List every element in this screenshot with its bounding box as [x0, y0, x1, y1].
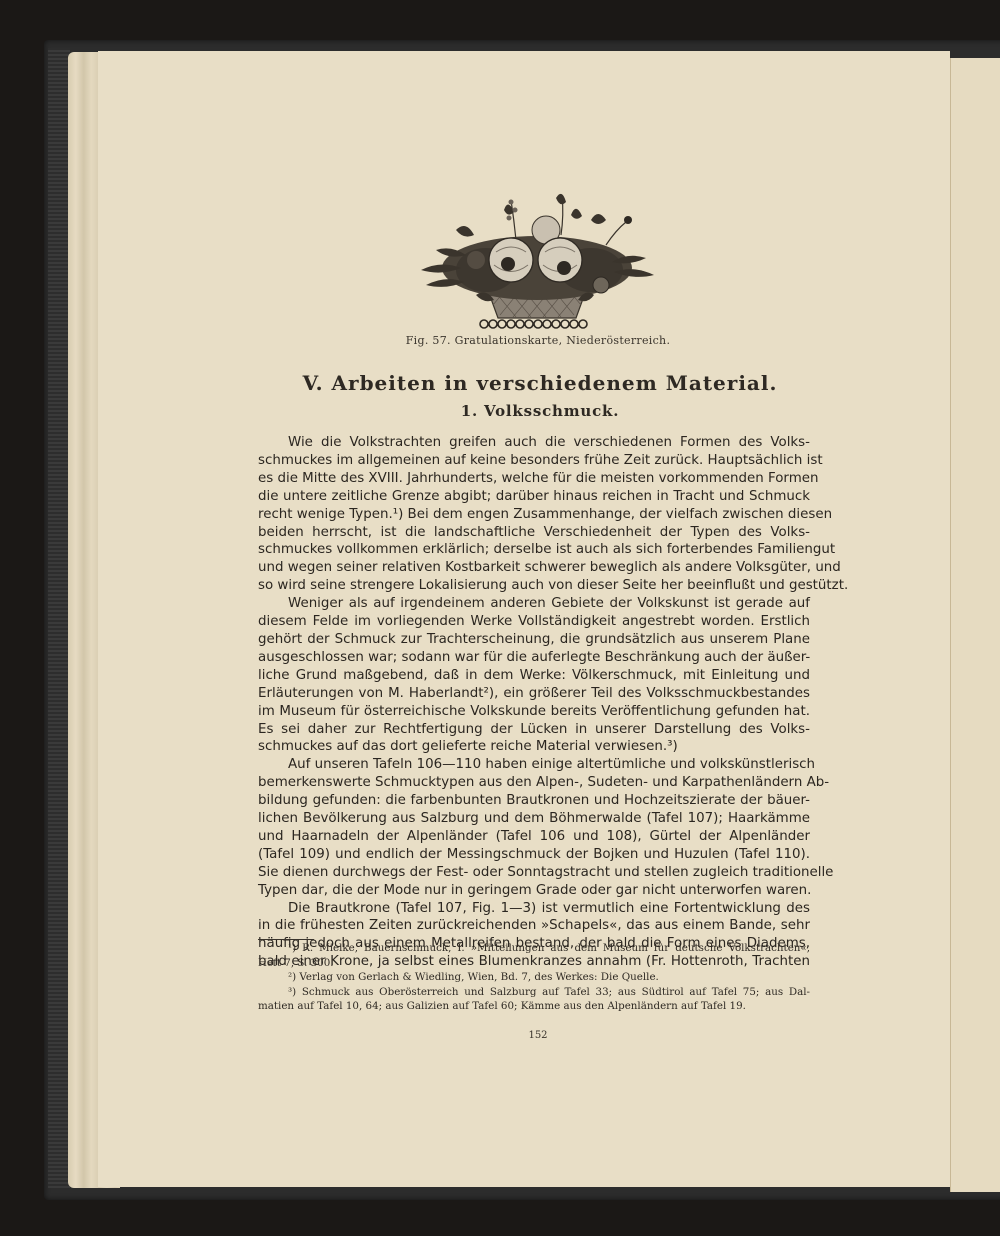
text-line: so wird seine strengere Lokalisierung au…: [258, 577, 810, 595]
text-line: lichen Bevölkerung aus Salzburg und dem …: [258, 810, 810, 828]
facing-page-edge: [950, 58, 1000, 1192]
text-line: Erläuterungen von M. Haberlandt²), ein g…: [258, 685, 810, 703]
footnote-line: Heft 7, S. 300.: [258, 956, 810, 971]
text-line: ausgeschlossen war; sodann war für die a…: [258, 649, 810, 667]
text-line: beiden herrscht, ist die landschaftliche…: [258, 524, 810, 542]
text-line: bemerkenswerte Schmucktypen aus den Alpe…: [258, 774, 810, 792]
text-line: und wegen seiner relativen Kostbarkeit s…: [258, 559, 810, 577]
footnote-line: ¹) R. Mielke, Bauernschmuck, I. »Mitteil…: [258, 941, 810, 956]
text-line: Sie dienen durchwegs der Fest- oder Sonn…: [258, 864, 810, 882]
flower-basket-illustration: [416, 190, 658, 335]
text-line: Die Brautkrone (Tafel 107, Fig. 1—3) ist…: [258, 900, 810, 918]
text-line: in die frühesten Zeiten zurückreichenden…: [258, 917, 810, 935]
text-line: und Haarnadeln der Alpenländer (Tafel 10…: [258, 828, 810, 846]
book-spine-edge: [48, 48, 70, 1188]
text-line: recht wenige Typen.¹) Bei dem engen Zusa…: [258, 506, 810, 524]
figure-caption: Fig. 57. Gratulationskarte, Niederösterr…: [0, 334, 1000, 347]
text-line: es die Mitte des XVIII. Jahrhunderts, we…: [258, 470, 810, 488]
text-line: die untere zeitliche Grenze abgibt; darü…: [258, 488, 810, 506]
text-line: diesem Felde im vorliegenden Werke Volls…: [258, 613, 810, 631]
text-line: Weniger als auf irgendeinem anderen Gebi…: [258, 595, 810, 613]
text-line: schmuckes im allgemeinen auf keine beson…: [258, 452, 810, 470]
footnotes: ¹) R. Mielke, Bauernschmuck, I. »Mitteil…: [258, 941, 810, 1014]
body-text: Wie die Volkstrachten greifen auch die v…: [258, 434, 810, 971]
text-line: schmuckes auf das dort gelieferte reiche…: [258, 738, 810, 756]
section-title: 1. Volksschmuck.: [0, 402, 1000, 420]
footnote-line: ³) Schmuck aus Oberösterreich und Salzbu…: [258, 985, 810, 1000]
text-line: Wie die Volkstrachten greifen auch die v…: [258, 434, 810, 452]
text-line: (Tafel 109) und endlich der Messingschmu…: [258, 846, 810, 864]
footnote-rule: [258, 939, 314, 940]
page-number: 152: [0, 1030, 1000, 1041]
text-line: im Museum für österreichische Volkskunde…: [258, 703, 810, 721]
chapter-title: V. Arbeiten in verschiedenem Material.: [0, 371, 1000, 395]
text-line: gehört der Schmuck zur Trachterscheinung…: [258, 631, 810, 649]
text-line: bildung gefunden: die farbenbunten Braut…: [258, 792, 810, 810]
text-line: Auf unseren Tafeln 106—110 haben einige …: [258, 756, 810, 774]
footnote-line: ²) Verlag von Gerlach & Wiedling, Wien, …: [258, 970, 810, 985]
footnote-line: matien auf Tafel 10, 64; aus Galizien au…: [258, 999, 810, 1014]
text-line: liche Grund maßgebend, daß in dem Werke:…: [258, 667, 810, 685]
text-line: Typen dar, die der Mode nur in geringem …: [258, 882, 810, 900]
text-line: Es sei daher zur Rechtfertigung der Lück…: [258, 721, 810, 739]
text-line: schmuckes vollkommen erklärlich; derselb…: [258, 541, 810, 559]
